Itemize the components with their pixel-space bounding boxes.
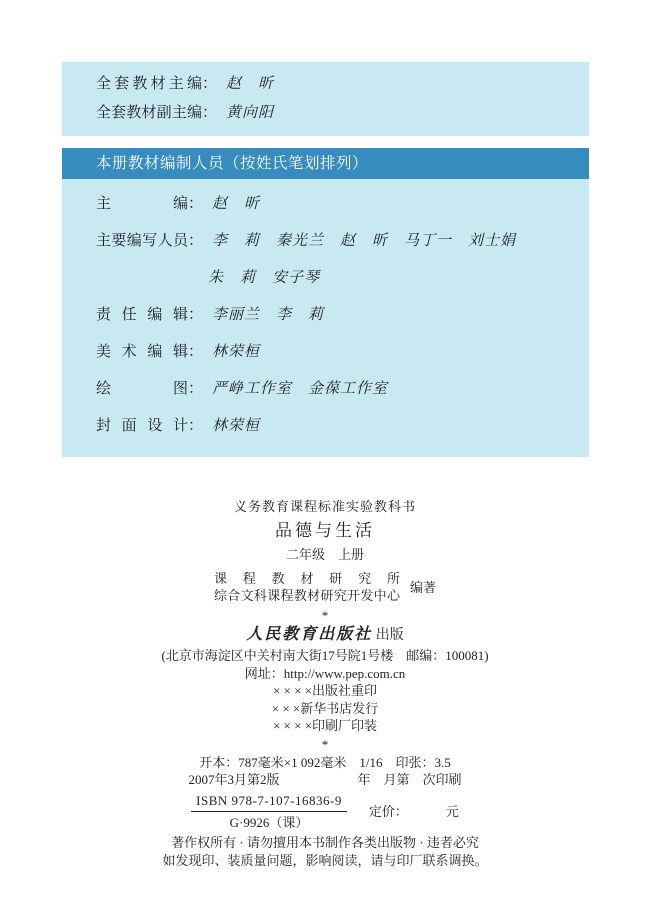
colon: ： (188, 418, 203, 434)
colon: ： (202, 105, 217, 121)
series-chief-editor-name: 赵 昕 (226, 76, 274, 92)
author-institutes: 课程教材研究所 综合文科课程教材研究开发中心 (214, 570, 400, 604)
price-unit: 元 (446, 804, 459, 819)
colon: ： (202, 76, 217, 92)
colon: ： (188, 381, 203, 397)
author-institute-line1: 课程教材研究所 (214, 570, 400, 587)
volume-staff-header: 本册教材编制人员（按姓氏笔划排列） (62, 148, 589, 179)
reprint-line: × × × ×出版社重印 (0, 682, 650, 700)
copyright-notice-line1: 著作权所有 · 请勿擅用本书制作各类出版物 · 违者必究 (0, 834, 650, 852)
art-editor-name: 林荣桓 (212, 344, 260, 360)
colon: ： (188, 196, 203, 212)
colon: ： (188, 344, 203, 360)
book-title: 品德与生活 (0, 520, 650, 542)
printing-line: × × × ×印刷厂印装 (0, 717, 650, 735)
authors-block: 课程教材研究所 综合文科课程教材研究开发中心 编著 (0, 570, 650, 604)
series-chief-editor-row: 全套教材主编：赵 昕 (96, 70, 589, 99)
publisher-suffix: 出版 (376, 628, 404, 643)
main-writers-label: 主要编写人员 (96, 229, 188, 253)
isbn-price-row: ISBN 978-7-107-16836-9 G·9926（课） 定价：元 (0, 792, 650, 831)
chief-editor-label: 主编 (96, 192, 188, 216)
chief-editor-row: 主编：赵 昕 (96, 192, 589, 229)
publisher-website: 网址：http://www.pep.com.cn (0, 665, 650, 683)
art-editor-row: 美术编辑：林荣桓 (96, 340, 589, 377)
series-title: 义务教育课程标准实验教科书 (0, 498, 650, 515)
copyright-notice-line2: 如发现印、装质量问题，影响阅读，请与印厂联系调换。 (0, 852, 650, 870)
isbn-fraction: ISBN 978-7-107-16836-9 G·9926（课） (191, 792, 347, 831)
format-line: 开本：787毫米×1 092毫米 1/16 印张：3.5 (0, 754, 650, 772)
main-writers-row-continued: 朱 莉 安子琴 (208, 266, 589, 303)
volume-staff-panel: 主编：赵 昕 主要编写人员：李 莉 秦光兰 赵 昕 马丁一 刘士娟 朱 莉 安子… (62, 179, 589, 457)
cover-design-name: 林荣桓 (212, 418, 260, 434)
colon: ： (188, 233, 203, 249)
edition-line: 2007年3月第2版 年 月第 次印刷 (0, 771, 650, 789)
illustration-row: 绘图：严峥工作室 金葆工作室 (96, 377, 589, 414)
cover-design-label: 封面设计 (96, 414, 188, 438)
grade-volume: 二年级 上册 (0, 546, 650, 563)
author-role: 编著 (410, 579, 436, 596)
divider-star: * (0, 608, 650, 623)
illustration-label: 绘图 (96, 377, 188, 401)
publisher-name-script: 人民教育出版社 (246, 626, 372, 643)
colophon-block: 义务教育课程标准实验教科书 品德与生活 二年级 上册 课程教材研究所 综合文科课… (0, 498, 650, 870)
responsible-editor-row: 责任编辑：李丽兰 李 莉 (96, 303, 589, 340)
chief-editor-name: 赵 昕 (212, 196, 260, 212)
colon: ： (188, 307, 203, 323)
series-deputy-editor-name: 黄向阳 (226, 105, 274, 121)
price-label: 定价： (369, 804, 408, 819)
responsible-editor-label: 责任编辑 (96, 303, 188, 327)
series-deputy-editor-label: 全套教材副主编 (96, 99, 202, 128)
main-writers-row: 主要编写人员：李 莉 秦光兰 赵 昕 马丁一 刘士娟 (96, 229, 589, 266)
price-block: 定价：元 (369, 803, 459, 820)
responsible-editor-names: 李丽兰 李 莉 (212, 307, 324, 323)
publisher-address: (北京市海淀区中关村南大街17号院1号楼 邮编：100081) (0, 647, 650, 665)
book-copyright-page: 全套教材主编：赵 昕 全套教材副主编：黄向阳 本册教材编制人员（按姓氏笔划排列）… (0, 0, 650, 909)
series-deputy-editor-row: 全套教材副主编：黄向阳 (96, 99, 589, 128)
series-editors-panel: 全套教材主编：赵 昕 全套教材副主编：黄向阳 (62, 62, 589, 136)
art-editor-label: 美术编辑 (96, 340, 188, 364)
isbn-number: ISBN 978-7-107-16836-9 (191, 792, 347, 812)
illustration-studios: 严峥工作室 金葆工作室 (212, 381, 388, 397)
distribution-line: × × ×新华书店发行 (0, 700, 650, 718)
cover-design-row: 封面设计：林荣桓 (96, 414, 589, 451)
divider-star: * (0, 737, 650, 752)
series-chief-editor-label: 全套教材主编 (96, 70, 202, 99)
publisher-line: 人民教育出版社 出版 (0, 625, 650, 646)
volume-staff-header-title: 本册教材编制人员（按姓氏笔划排列） (96, 155, 368, 172)
main-writers-names: 李 莉 秦光兰 赵 昕 马丁一 刘士娟 (212, 233, 516, 249)
author-institute-line2: 综合文科课程教材研究开发中心 (214, 587, 400, 604)
main-writers-names-continued: 朱 莉 安子琴 (208, 270, 320, 286)
isbn-classification: G·9926（课） (191, 812, 347, 831)
